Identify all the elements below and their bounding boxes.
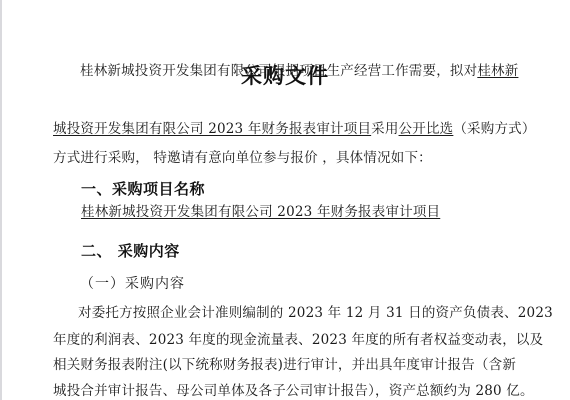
section-1-heading: 一、采购项目名称: [81, 178, 205, 199]
project-name: 桂林新城投资开发集团有限公司 2023 年财务报表审计项目: [81, 203, 440, 221]
intro-line-1: 桂林新城投资开发集团有限公司根据项目生产经营工作需要，拟对桂林新: [80, 62, 518, 80]
underlined-project-name: 城投资开发集团有限公司 2023 年财务报表审计项目: [53, 121, 371, 137]
underlined-company-name: 桂林新: [477, 63, 518, 79]
section-2-heading: 二、 采购内容: [81, 240, 180, 261]
intro-text: 桂林新城投资开发集团有限公司根据项目生产经营工作需要，拟对: [80, 63, 477, 79]
underlined-procurement-method: 公开比选: [399, 121, 454, 137]
intro-text: （采购方式）: [453, 121, 535, 137]
section-2-subheading: （一）采购内容: [80, 273, 185, 293]
intro-text: 采用: [371, 121, 398, 137]
intro-line-2: 城投资开发集团有限公司 2023 年财务报表审计项目采用公开比选（采购方式）: [53, 120, 536, 138]
intro-line-3: 方式进行采购， 特邀请有意向单位参与报价 ，具体情况如下：: [53, 149, 432, 167]
body-line-1: 对委托方按照企业会计准则编制的 2023 年 12 月 31 日的资产负债表、2…: [78, 304, 553, 322]
body-line-3: 相关财务报表附注(以下统称财务报表)进行审计，并出具年度审计报告（含新: [53, 356, 516, 374]
body-line-2: 年度的利润表、2023 年度的现金流量表、2023 年度的所有者权益变动表，以及: [53, 331, 543, 349]
body-line-4: 城投合并审计报告、母公司单体及各子公司审计报告），资产总额约为 280 亿。: [53, 382, 534, 400]
